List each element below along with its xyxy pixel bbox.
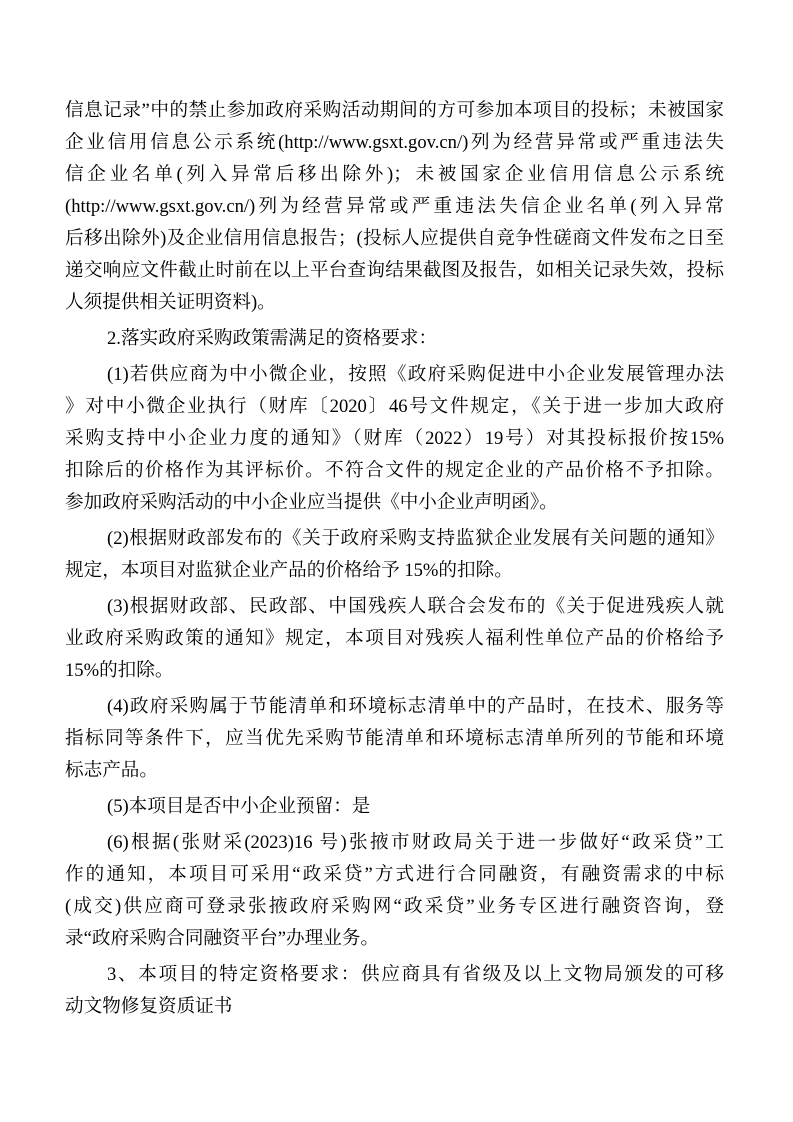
text-line: 扣除后的价格作为其评标价。不符合文件的规定企业的产品价格不予扣除。 bbox=[65, 455, 724, 487]
text-line: 录“政府采购合同融资平台”办理业务。 bbox=[65, 923, 724, 955]
text-line: 企业信用信息公示系统(http://www.gsxt.gov.cn/)列为经营异… bbox=[65, 127, 724, 159]
text-line: 信息记录”中的禁止参加政府采购活动期间的方可参加本项目的投标；未被国家 bbox=[65, 95, 724, 127]
text-line: 3、本项目的特定资格要求：供应商具有省级及以上文物局颁发的可移 bbox=[65, 959, 724, 991]
text-line: (4)政府采购属于节能清单和环境标志清单中的产品时，在技术、服务等 bbox=[65, 691, 724, 723]
text-line: 规定，本项目对监狱企业产品的价格给予 15%的扣除。 bbox=[65, 555, 724, 587]
text-line: (成交)供应商可登录张掖政府采购网“政采贷”业务专区进行融资咨询，登 bbox=[65, 891, 724, 923]
paragraph: (5)本项目是否中小企业预留：是 bbox=[65, 791, 724, 823]
paragraph: (6)根据(张财采(2023)16 号)张掖市财政局关于进一步做好“政采贷”工作… bbox=[65, 827, 724, 955]
document-page: 信息记录”中的禁止参加政府采购活动期间的方可参加本项目的投标；未被国家企业信用信… bbox=[0, 0, 793, 1122]
text-line: 信企业名单(列入异常后移出除外)；未被国家企业信用信息公示系统 bbox=[65, 159, 724, 191]
paragraph: 信息记录”中的禁止参加政府采购活动期间的方可参加本项目的投标；未被国家企业信用信… bbox=[65, 95, 724, 319]
text-line: 》对中小微企业执行（财库〔2020〕46号文件规定，《关于进一步加大政府 bbox=[65, 391, 724, 423]
text-line: (http://www.gsxt.gov.cn/)列为经营异常或严重违法失信企业… bbox=[65, 191, 724, 223]
paragraph: 2.落实政府采购政策需满足的资格要求： bbox=[65, 323, 724, 355]
text-line: 后移出除外)及企业信用信息报告；(投标人应提供自竞争性磋商文件发布之日至 bbox=[65, 223, 724, 255]
text-line: 作的通知，本项目可采用“政采贷”方式进行合同融资，有融资需求的中标 bbox=[65, 859, 724, 891]
text-line: 指标同等条件下，应当优先采购节能清单和环境标志清单所列的节能和环境 bbox=[65, 723, 724, 755]
document-text: 信息记录”中的禁止参加政府采购活动期间的方可参加本项目的投标；未被国家企业信用信… bbox=[65, 95, 724, 1023]
paragraph: (3)根据财政部、民政部、中国残疾人联合会发布的《关于促进残疾人就业政府采购政策… bbox=[65, 591, 724, 687]
text-line: 动文物修复资质证书 bbox=[65, 991, 724, 1023]
text-line: (2)根据财政部发布的《关于政府采购支持监狱企业发展有关问题的通知》 bbox=[65, 523, 724, 555]
text-line: (6)根据(张财采(2023)16 号)张掖市财政局关于进一步做好“政采贷”工 bbox=[65, 827, 724, 859]
text-line: 标志产品。 bbox=[65, 755, 724, 787]
text-line: 2.落实政府采购政策需满足的资格要求： bbox=[65, 323, 724, 355]
text-line: 采购支持中小企业力度的通知》（财库（2022）19号）对其投标报价按15% bbox=[65, 423, 724, 455]
text-line: 递交响应文件截止时前在以上平台查询结果截图及报告，如相关记录失效，投标 bbox=[65, 255, 724, 287]
text-line: 参加政府采购活动的中小企业应当提供《中小企业声明函》。 bbox=[65, 487, 724, 519]
paragraph: 3、本项目的特定资格要求：供应商具有省级及以上文物局颁发的可移动文物修复资质证书 bbox=[65, 959, 724, 1023]
text-line: 人须提供相关证明资料)。 bbox=[65, 287, 724, 319]
text-line: 业政府采购政策的通知》规定，本项目对残疾人福利性单位产品的价格给予 bbox=[65, 623, 724, 655]
paragraph: (4)政府采购属于节能清单和环境标志清单中的产品时，在技术、服务等指标同等条件下… bbox=[65, 691, 724, 787]
paragraph: (2)根据财政部发布的《关于政府采购支持监狱企业发展有关问题的通知》规定，本项目… bbox=[65, 523, 724, 587]
text-line: (3)根据财政部、民政部、中国残疾人联合会发布的《关于促进残疾人就 bbox=[65, 591, 724, 623]
text-line: (1)若供应商为中小微企业，按照《政府采购促进中小企业发展管理办法 bbox=[65, 359, 724, 391]
paragraph: (1)若供应商为中小微企业，按照《政府采购促进中小企业发展管理办法》对中小微企业… bbox=[65, 359, 724, 519]
text-line: (5)本项目是否中小企业预留：是 bbox=[65, 791, 724, 823]
text-line: 15%的扣除。 bbox=[65, 655, 724, 687]
